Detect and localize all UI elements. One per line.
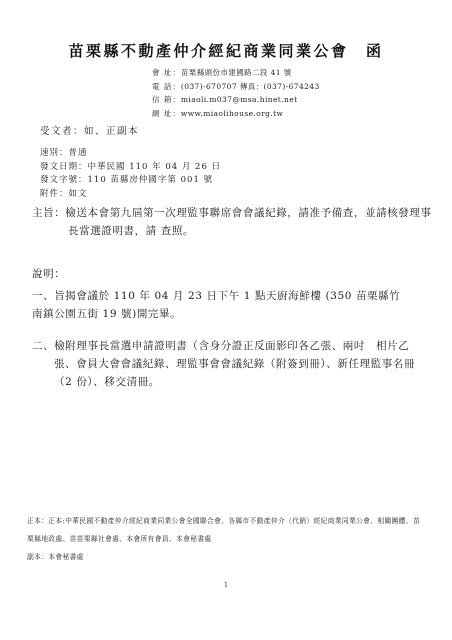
explanation-item-1: 一、旨揭會議於 110 年 04 月 23 日下午 1 點天廚海鮮樓 (350 … [32, 287, 410, 323]
document-page: 苗栗縣不動產仲介經紀商業同業公會 函 會 址：苗栗縣頭份市建國路二段 41 號 … [0, 0, 452, 640]
contact-website-row: 網 址：www.miaolihouse.org.tw [152, 107, 320, 121]
issue-date-line: 發文日期：中華民國 110 年 04 月 26 日 [40, 161, 221, 175]
contact-phone-value: (037)-670707 傳真：(037)-674243 [181, 82, 320, 91]
recipient-line: 受文者：如、正副本 [40, 125, 221, 138]
original-recipients-line: 正本：正本:中華民國不動產仲介經紀商業同業公會全國聯合會、各縣市不動產仲介（代銷… [27, 512, 423, 548]
explanation-item-2: 二、檢附理事長當選申請證明書（含身分證正反面影印各乙張、兩吋 相片乙張、會員大會… [32, 337, 428, 391]
contact-phone-row: 電 話：(037)-670707 傳真：(037)-674243 [152, 80, 320, 94]
priority-line: 速別：普通 [40, 147, 221, 161]
reference-number-line: 發文字號：110 苗縣房仲國字第 001 號 [40, 174, 221, 188]
meta-block: 受文者：如、正副本 速別：普通 發文日期：中華民國 110 年 04 月 26 … [40, 125, 221, 201]
contact-address-value: 苗栗縣頭份市建國路二段 41 號 [181, 68, 292, 77]
distribution-block: 正本：正本:中華民國不動產仲介經紀商業同業公會全國聯合會、各縣市不動產仲介（代銷… [27, 512, 423, 566]
contact-website-value: www.miaolihouse.org.tw [181, 109, 283, 118]
contact-address-label: 會 址： [152, 68, 181, 77]
contact-email-row: 信 箱：miaoli.m037@msa.hinet.net [152, 93, 320, 107]
contact-email-value: miaoli.m037@msa.hinet.net [181, 95, 298, 104]
subject-paragraph: 主旨：檢送本會第九屆第一次理監事聯席會會議紀錄，請准予備查，並請核發理事長當選證… [32, 204, 442, 240]
page-number: 1 [0, 580, 452, 589]
contact-block: 會 址：苗栗縣頭份市建國路二段 41 號 電 話：(037)-670707 傳真… [152, 66, 320, 120]
document-title: 苗栗縣不動產仲介經紀商業同業公會 函 [0, 40, 452, 61]
contact-website-label: 網 址： [152, 109, 181, 118]
attachment-line: 附件：如文 [40, 188, 221, 202]
copy-recipients-line: 副本：本會秘書處 [27, 548, 423, 566]
explanation-heading: 說明： [32, 265, 65, 283]
contact-address-row: 會 址：苗栗縣頭份市建國路二段 41 號 [152, 66, 320, 80]
contact-phone-label: 電 話： [152, 82, 181, 91]
contact-email-label: 信 箱： [152, 95, 181, 104]
